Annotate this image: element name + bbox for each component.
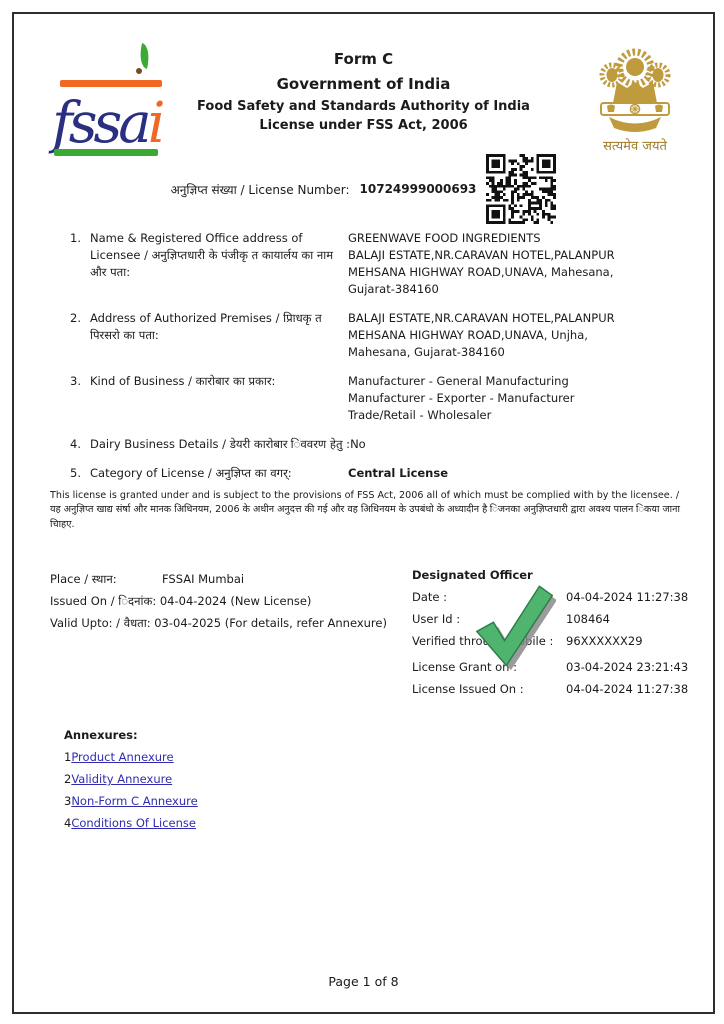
conditions-of-license-link[interactable]: Conditions Of License xyxy=(71,816,196,830)
license-number-label: अनुज्ञिप्त संख्या / License Number: xyxy=(171,181,350,198)
document-header: Form C Government of India Food Safety a… xyxy=(134,50,593,133)
product-annexure-link[interactable]: Product Annexure xyxy=(71,750,173,764)
item-number: 1. xyxy=(70,230,90,298)
item-value: BALAJI ESTATE,NR.CARAVAN HOTEL,PALANPUR … xyxy=(348,310,687,361)
officer-mobile-value: 96XXXXXX29 xyxy=(566,630,704,652)
issuance-block: Place / स्थान:FSSAI Mumbai Issued On / ि… xyxy=(50,568,387,634)
annexure-item-nonformc: 3Non-Form C Annexure xyxy=(64,790,198,812)
item-label-text: Dairy Business Details / डेयरी कारोबार ि… xyxy=(90,437,350,451)
license-number-value: 10724999000693 xyxy=(360,182,477,196)
issued-on-label: Issued On / िदनांक: xyxy=(50,594,156,608)
india-emblem-icon: सत्यमेव जयते xyxy=(583,42,687,156)
item-label: Dairy Business Details / डेयरी कारोबार ि… xyxy=(90,436,687,453)
valid-upto-row: Valid Upto: / वैधता: 03-04-2025 (For det… xyxy=(50,612,387,634)
item-value: Central License xyxy=(348,465,687,482)
officer-grant-row: License Grant on : 03-04-2024 23:21:43 xyxy=(412,656,704,678)
government-title: Government of India xyxy=(134,75,593,93)
officer-grant-label: License Grant on : xyxy=(412,656,566,678)
license-under-title: License under FSS Act, 2006 xyxy=(134,118,593,133)
item-label: Name & Registered Office address of Lice… xyxy=(90,230,348,298)
authority-title: Food Safety and Standards Authority of I… xyxy=(134,99,593,114)
form-c-page: fssai Form C Government of India Food Sa… xyxy=(0,0,724,1024)
officer-userid-row: User Id : 108464 xyxy=(412,608,704,630)
annexures-block: Annexures: 1Product Annexure 2Validity A… xyxy=(64,724,198,834)
item-number: 5. xyxy=(70,465,90,482)
non-form-c-annexure-link[interactable]: Non-Form C Annexure xyxy=(71,794,197,808)
officer-date-row: Date : 04-04-2024 11:27:38 xyxy=(412,586,704,608)
officer-userid-label: User Id : xyxy=(412,608,566,630)
issued-on-row: Issued On / िदनांक: 04-04-2024 (New Lice… xyxy=(50,590,387,612)
designated-officer-block: Designated Officer Date : 04-04-2024 11:… xyxy=(412,564,704,700)
place-label: Place / स्थान: xyxy=(50,568,162,590)
officer-mobile-row: Verified through Mobile : 96XXXXXX29 xyxy=(412,630,704,652)
officer-date-label: Date : xyxy=(412,586,566,608)
item-inline-value: No xyxy=(350,437,366,451)
item-number: 3. xyxy=(70,373,90,424)
issued-on-value: 04-04-2024 (New License) xyxy=(160,594,312,608)
officer-date-value: 04-04-2024 11:27:38 xyxy=(566,586,704,608)
officer-grant-value: 03-04-2024 23:21:43 xyxy=(566,656,704,678)
officer-issued-value: 04-04-2024 11:27:38 xyxy=(566,678,704,700)
item-label: Kind of Business / कारोबार का प्रकार: xyxy=(90,373,348,424)
list-item-name-address: 1. Name & Registered Office address of L… xyxy=(70,230,687,298)
list-item-license-category: 5. Category of License / अनुज्ञिप्त का व… xyxy=(70,465,687,482)
officer-issued-row: License Issued On : 04-04-2024 11:27:38 xyxy=(412,678,704,700)
officer-userid-value: 108464 xyxy=(566,608,704,630)
place-value: FSSAI Mumbai xyxy=(162,572,244,586)
validity-annexure-link[interactable]: Validity Annexure xyxy=(71,772,172,786)
place-row: Place / स्थान:FSSAI Mumbai xyxy=(50,568,387,590)
item-value: Manufacturer - General Manufacturing Man… xyxy=(348,373,687,424)
legal-provisions-text: This license is granted under and is sub… xyxy=(50,489,687,532)
item-number: 4. xyxy=(70,436,90,453)
list-item-dairy-details: 4. Dairy Business Details / डेयरी कारोबा… xyxy=(70,436,687,453)
annexure-item-conditions: 4Conditions Of License xyxy=(64,812,198,834)
valid-upto-value: 03-04-2025 (For details, refer Annexure) xyxy=(154,616,387,630)
item-value: GREENWAVE FOOD INGREDIENTS BALAJI ESTATE… xyxy=(348,230,687,298)
item-label: Category of License / अनुज्ञिप्त का वगर्… xyxy=(90,465,348,482)
annexure-item-validity: 2Validity Annexure xyxy=(64,768,198,790)
license-number-row: अनुज्ञिप्त संख्या / License Number: 1072… xyxy=(14,152,713,226)
item-number: 2. xyxy=(70,310,90,361)
item-label: Address of Authorized Premises / प्रािधक… xyxy=(90,310,348,361)
qr-code xyxy=(486,154,556,224)
list-item-premises-address: 2. Address of Authorized Premises / प्रा… xyxy=(70,310,687,361)
officer-mobile-label: Verified through Mobile : xyxy=(412,630,566,652)
officer-issued-label: License Issued On : xyxy=(412,678,566,700)
valid-upto-label: Valid Upto: / वैधता: xyxy=(50,616,151,630)
list-item-kind-of-business: 3. Kind of Business / कारोबार का प्रकार:… xyxy=(70,373,687,424)
page-border: fssai Form C Government of India Food Sa… xyxy=(12,12,715,1014)
page-number: Page 1 of 8 xyxy=(14,974,713,989)
annexures-title: Annexures: xyxy=(64,724,198,746)
designated-officer-title: Designated Officer xyxy=(412,564,704,586)
license-details-list: 1. Name & Registered Office address of L… xyxy=(70,230,687,494)
annexure-item-product: 1Product Annexure xyxy=(64,746,198,768)
form-title: Form C xyxy=(134,50,593,68)
